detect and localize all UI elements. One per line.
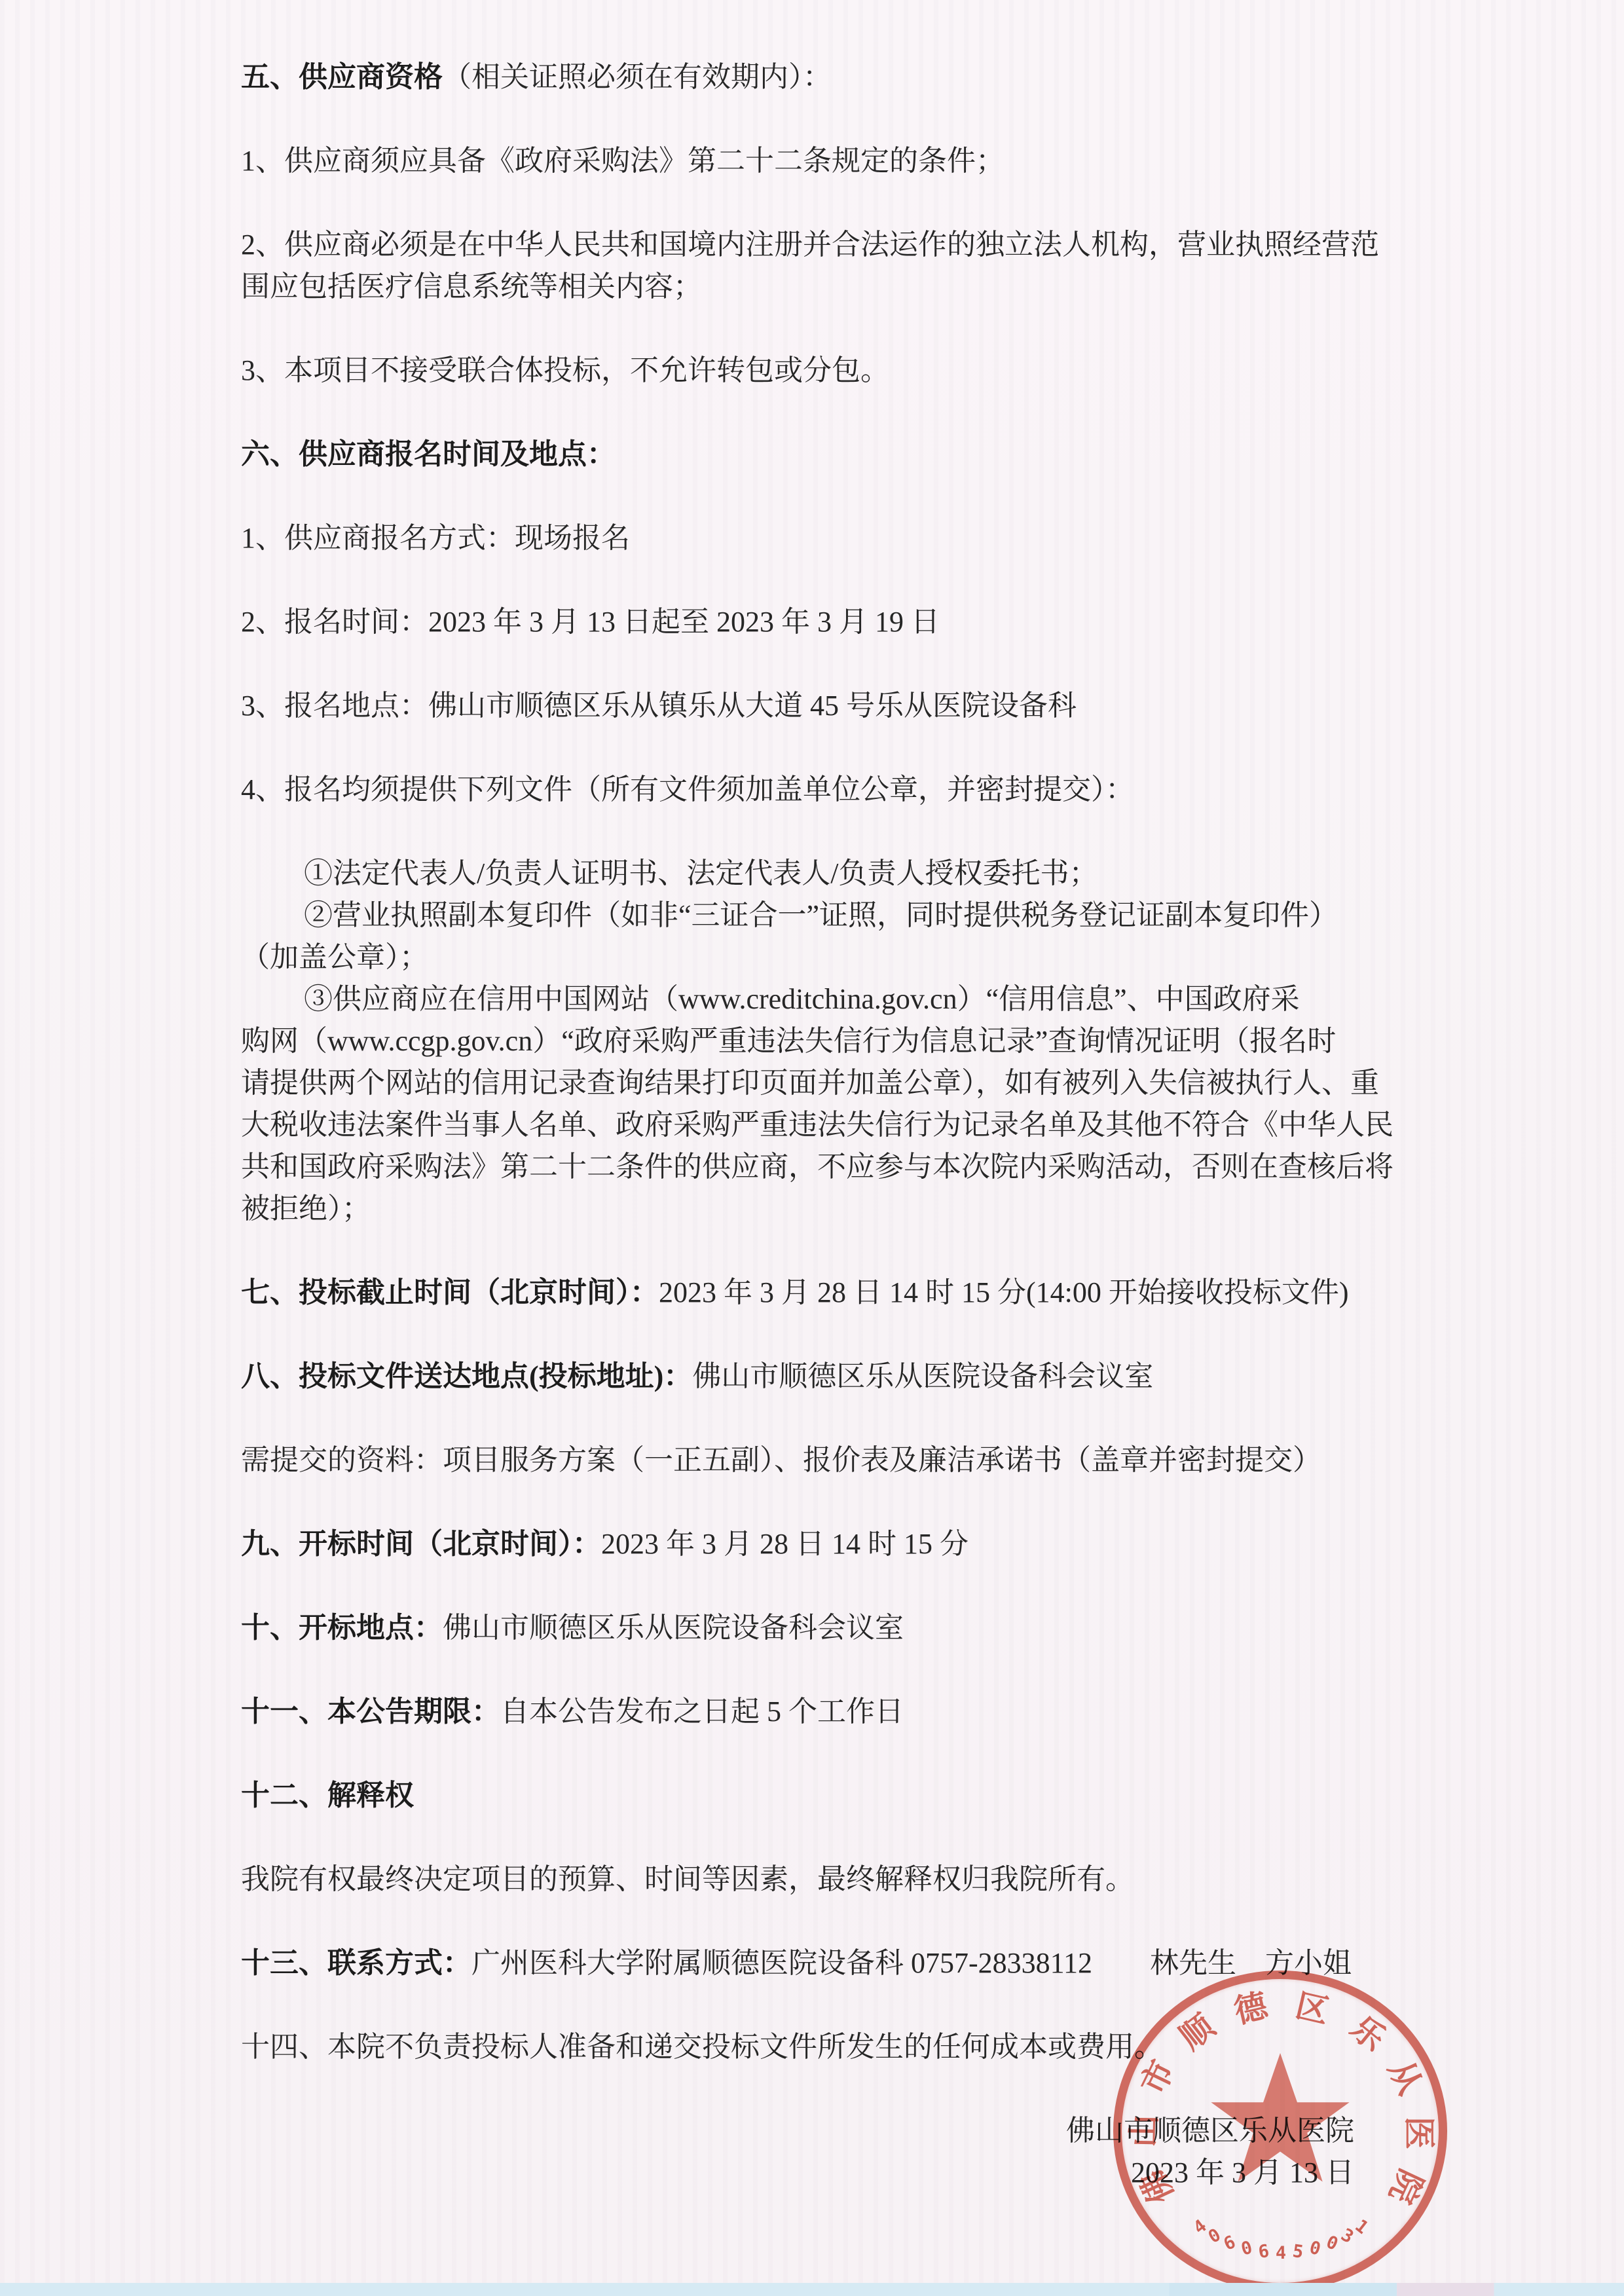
section-number-title: 八、投标文件送达地点(投标地址)： bbox=[241, 1360, 692, 1392]
section-value: 2023 年 3 月 28 日 14 时 15 分(14:00 开始接收投标文件… bbox=[659, 1276, 1349, 1308]
subclause-3-wrap: 大税收违法案件当事人名单、政府采购严重违法失信行为记录名单及其他不符合《中华人民 bbox=[241, 1104, 1388, 1146]
section-number-title: 十、开标地点： bbox=[241, 1612, 443, 1644]
document-body: 五、供应商资格（相关证照必须在有效期内）： 1、供应商须应具备《政府采购法》第二… bbox=[241, 56, 1388, 2236]
section-number-title: 十一、本公告期限： bbox=[241, 1695, 500, 1728]
section-number-title: 六、供应商报名时间及地点： bbox=[241, 438, 616, 470]
clause-text: 3、报名地点：佛山市顺德区乐从镇乐从大道 45 号乐从医院设备科 bbox=[241, 685, 1388, 727]
subclause-3: ③供应商应在信用中国网站（www.creditchina.gov.cn）“信用信… bbox=[241, 978, 1388, 1020]
clause-registration-time: 2、报名时间：2023 年 3 月 13 日起至 2023 年 3 月 19 日 bbox=[241, 601, 1388, 643]
scan-artifact-strip bbox=[0, 2283, 1624, 2296]
heading-supplier-qualification: 五、供应商资格（相关证照必须在有效期内）： bbox=[241, 56, 1388, 98]
clause-qualification-2: 2、供应商必须是在中华人民共和国境内注册并合法运作的独立法人机构，营业执照经营范… bbox=[241, 224, 1388, 308]
clause-required-materials: 需提交的资料：项目服务方案（一正五副）、报价表及廉洁承诺书（盖章并密封提交） bbox=[241, 1439, 1388, 1481]
clause-text: 3、本项目不接受联合体投标，不允许转包或分包。 bbox=[241, 350, 1388, 392]
seal-ring-char: 医 bbox=[1402, 2116, 1436, 2150]
section-number-title: 十三、联系方式： bbox=[241, 1947, 471, 1979]
seal-serial-digit: 6 bbox=[1255, 2242, 1272, 2263]
clause-text: 围应包括医疗信息系统等相关内容； bbox=[241, 266, 1388, 308]
subclause-3-wrap: 共和国政府采购法》第二十二条件的供应商，不应参与本次院内采购活动，否则在查核后将 bbox=[241, 1146, 1388, 1188]
clause-text: 2、供应商必须是在中华人民共和国境内注册并合法运作的独立法人机构，营业执照经营范 bbox=[241, 224, 1388, 266]
seal-serial-digit: 5 bbox=[1289, 2242, 1306, 2263]
heading-bid-delivery-place: 八、投标文件送达地点(投标地址)：佛山市顺德区乐从医院设备科会议室 bbox=[241, 1356, 1388, 1398]
subclause-2-wrap: （加盖公章）； bbox=[241, 936, 1388, 978]
subclause-3-wrap: 被拒绝）； bbox=[241, 1188, 1388, 1230]
heading-registration-time-place: 六、供应商报名时间及地点： bbox=[241, 434, 1388, 475]
heading-announcement-period: 十一、本公告期限：自本公告发布之日起 5 个工作日 bbox=[241, 1691, 1388, 1733]
clause-qualification-3: 3、本项目不接受联合体投标，不允许转包或分包。 bbox=[241, 350, 1388, 392]
section-value: 2023 年 3 月 28 日 14 时 15 分 bbox=[601, 1528, 969, 1560]
section-number-title: 十二、解释权 bbox=[241, 1779, 414, 1811]
official-seal: 佛 山 市 顺 德 区 乐 从 医 院 4 0 6 0 6 4 5 0 0 3 … bbox=[1110, 1968, 1450, 2295]
clause-registration-documents: 4、报名均须提供下列文件（所有文件须加盖单位公章，并密封提交）： bbox=[241, 769, 1388, 811]
seal-ring-char: 德 bbox=[1230, 1988, 1271, 2029]
scanned-document-page: 五、供应商资格（相关证照必须在有效期内）： 1、供应商须应具备《政府采购法》第二… bbox=[0, 0, 1624, 2296]
subclause-1: ①法定代表人/负责人证明书、法定代表人/负责人授权委托书； bbox=[241, 853, 1388, 895]
section-value: 自本公告发布之日起 5 个工作日 bbox=[500, 1695, 904, 1728]
clause-qualification-1: 1、供应商须应具备《政府采购法》第二十二条规定的条件； bbox=[241, 140, 1388, 182]
clause-interpretation: 我院有权最终决定项目的预算、时间等因素，最终解释权归我院所有。 bbox=[241, 1859, 1388, 1900]
heading-bid-deadline: 七、投标截止时间（北京时间）：2023 年 3 月 28 日 14 时 15 分… bbox=[241, 1272, 1388, 1314]
subclause-3-wrap: 请提供两个网站的信用记录查询结果打印页面并加盖公章），如有被列入失信被执行人、重 bbox=[241, 1062, 1388, 1104]
section-number-title: 九、开标时间（北京时间）： bbox=[241, 1528, 601, 1560]
heading-bid-opening-place: 十、开标地点：佛山市顺德区乐从医院设备科会议室 bbox=[241, 1607, 1388, 1649]
subclause-3-wrap: 购网（www.ccgp.gov.cn）“政府采购严重违法失信行为信息记录”查询情… bbox=[241, 1020, 1388, 1062]
clause-text: 4、报名均须提供下列文件（所有文件须加盖单位公章，并密封提交）： bbox=[241, 769, 1388, 811]
clause-registration-place: 3、报名地点：佛山市顺德区乐从镇乐从大道 45 号乐从医院设备科 bbox=[241, 685, 1388, 727]
section-number-title: 七、投标截止时间（北京时间）： bbox=[241, 1276, 659, 1308]
seal-ring-char: 山 bbox=[1127, 2114, 1162, 2149]
seal-serial-digit: 4 bbox=[1274, 2244, 1288, 2263]
section-title-note: （相关证照必须在有效期内）： bbox=[443, 61, 832, 93]
clause-registration-method: 1、供应商报名方式：现场报名 bbox=[241, 517, 1388, 559]
section-number-title: 五、供应商资格 bbox=[241, 61, 443, 93]
section-value: 佛山市顺德区乐从医院设备科会议室 bbox=[692, 1360, 1153, 1392]
clause-text: 需提交的资料：项目服务方案（一正五副）、报价表及廉洁承诺书（盖章并密封提交） bbox=[241, 1439, 1388, 1481]
heading-interpretation-right: 十二、解释权 bbox=[241, 1775, 1388, 1817]
subclause-2: ②营业执照副本复印件（如非“三证合一”证照，同时提供税务登记证副本复印件） bbox=[241, 895, 1388, 936]
clause-text: 1、供应商须应具备《政府采购法》第二十二条规定的条件； bbox=[241, 140, 1388, 182]
clause-text: 1、供应商报名方式：现场报名 bbox=[241, 517, 1388, 559]
clause-text: 我院有权最终决定项目的预算、时间等因素，最终解释权归我院所有。 bbox=[241, 1859, 1388, 1900]
clause-text: 2、报名时间：2023 年 3 月 13 日起至 2023 年 3 月 19 日 bbox=[241, 601, 1388, 643]
section-value: 佛山市顺德区乐从医院设备科会议室 bbox=[443, 1612, 904, 1644]
heading-bid-opening-time: 九、开标时间（北京时间）：2023 年 3 月 28 日 14 时 15 分 bbox=[241, 1523, 1388, 1565]
clause-registration-documents-detail: ①法定代表人/负责人证明书、法定代表人/负责人授权委托书； ②营业执照副本复印件… bbox=[241, 853, 1388, 1230]
